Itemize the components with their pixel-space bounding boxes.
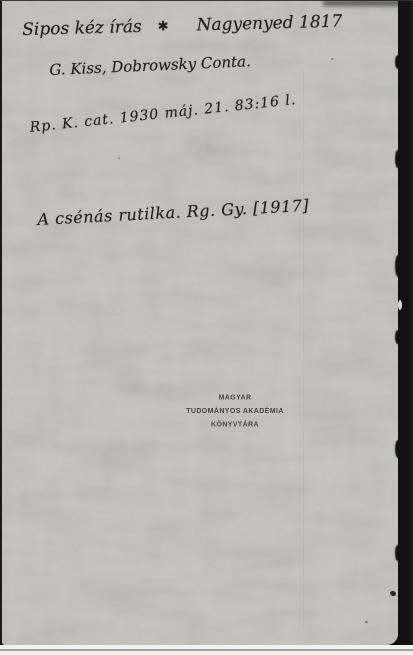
stamp-line-akademia: TUDOMÁNYOS AKADÉMIA <box>172 405 298 419</box>
deckle-edge-bump <box>395 150 400 168</box>
ink-speck <box>118 157 120 159</box>
ink-speck <box>331 58 334 60</box>
scan-edge-right <box>398 0 413 646</box>
scan-smudge <box>323 0 409 6</box>
deckle-edge-bump <box>395 440 401 458</box>
stamp-line-magyar: MAGYAR <box>172 391 298 405</box>
deckle-edge-bump <box>395 330 400 344</box>
scanner-bed-line <box>0 649 413 651</box>
handwritten-annotation-accession: Rp. K. cat. 1930 máj. 21. 83:16 l. <box>29 92 297 136</box>
deckle-edge-bump <box>395 545 400 561</box>
handwritten-author-note: Sipos kéz írás <box>22 17 142 40</box>
ink-speck <box>365 621 368 623</box>
deckle-edge-bump <box>395 255 401 277</box>
paper-texture <box>2 1 398 645</box>
library-stamp: MAGYAR TUDOMÁNYOS AKADÉMIA KÖNYVTÁRA <box>172 391 298 432</box>
handwritten-annotation-provenance: G. Kiss, Dobrowsky Conta. <box>49 52 251 79</box>
scanner-margin <box>0 645 413 655</box>
paper-crease <box>303 71 304 631</box>
asterisk-mark: ✱ <box>158 19 169 34</box>
handwritten-annotation-reference: A csénás rutilka. Rg. Gy. [1917] <box>37 196 310 229</box>
handwritten-place-date: Nagyenyed 1817 <box>196 12 342 36</box>
stamp-line-konyvtara: KÖNYVTÁRA <box>172 418 298 432</box>
deckle-edge-notch <box>398 300 402 310</box>
handwritten-annotation-title-line: Sipos kéz írás✱Nagyenyed 1817 <box>22 12 343 40</box>
deckle-edge-bump <box>395 55 401 69</box>
scanned-page: Sipos kéz írás✱Nagyenyed 1817 G. Kiss, D… <box>0 0 413 655</box>
paper-sheet: Sipos kéz írás✱Nagyenyed 1817 G. Kiss, D… <box>2 1 398 645</box>
ink-speck <box>389 590 396 597</box>
scan-edge-left <box>0 0 2 645</box>
